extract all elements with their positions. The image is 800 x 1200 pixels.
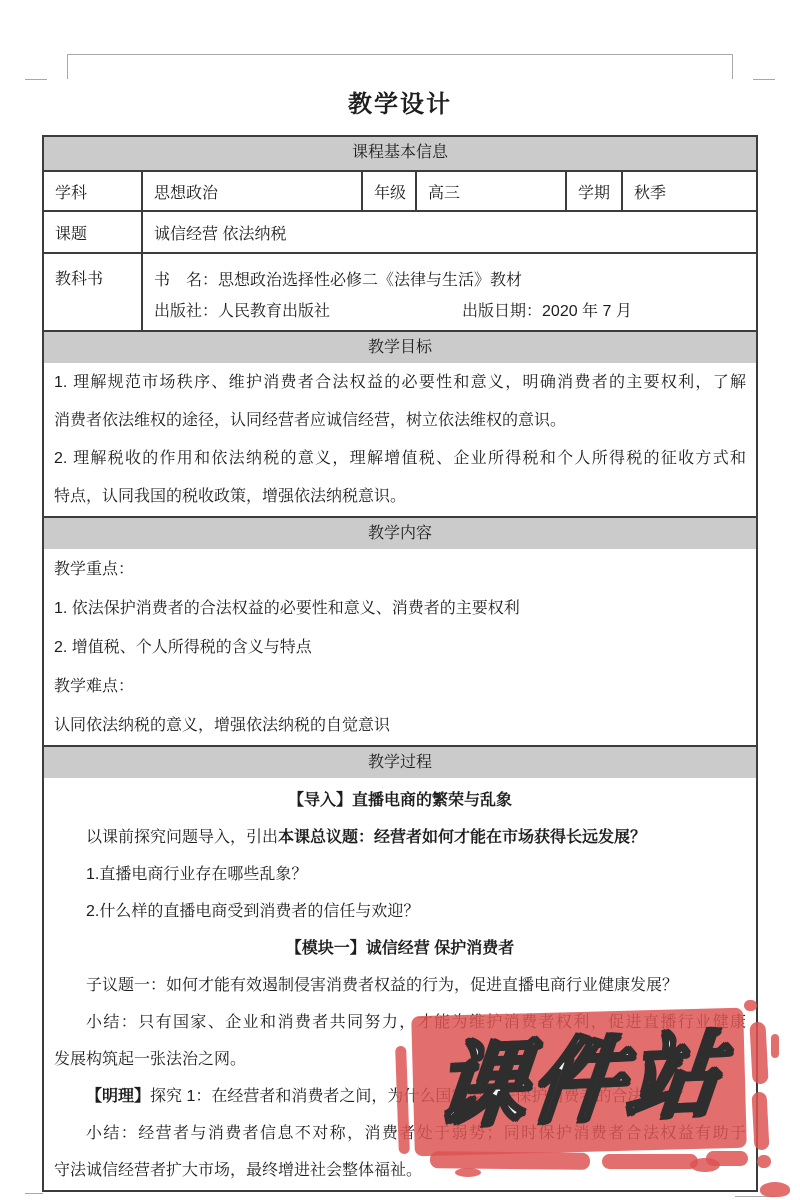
page-margin-mark-top-right xyxy=(732,54,733,79)
process-line: 发展构筑起一张法治之网。 xyxy=(54,1041,746,1078)
page-margin-tick-right xyxy=(753,79,775,80)
page-margin-tick-left xyxy=(25,79,47,80)
process-line: 小结：只有国家、企业和消费者共同努力，才能为维护消费者权利，促进直播行业健康 xyxy=(54,1004,746,1041)
process-line: 【明理】探究 1：在经营者和消费者之间，为什么国家要立法保护消费者的合法权益？ xyxy=(54,1078,746,1115)
objectives-content: 1. 理解规范市场秩序、维护消费者合法权益的必要性和意义，明确消费者的主要权利，… xyxy=(44,363,756,516)
teach-content-line: 教学难点： xyxy=(54,667,746,706)
teach-content-line: 教学重点： xyxy=(54,550,746,589)
objectives-line: 特点，认同我国的税收政策，增强依法纳税意识。 xyxy=(54,478,746,516)
grade-label: 年级 xyxy=(361,172,415,210)
stamp-rough-edge xyxy=(757,1155,771,1168)
process-line-text: 以课前探究问题导入，引出 xyxy=(86,829,278,846)
page-title: 教学设计 xyxy=(0,84,800,119)
process-line: 2.什么样的直播电商受到消费者的信任与欢迎？ xyxy=(54,893,746,930)
section-header-teach-content: 教学内容 xyxy=(44,516,756,549)
lesson-plan-table: 课程基本信息 学科 思想政治 年级 高三 学期 秋季 课题 诚信经营 依法纳税 … xyxy=(42,135,758,1192)
process-content: 【导入】直播电商的繁荣与乱象 以课前探究问题导入，引出本课总议题：经营者如何才能… xyxy=(44,778,756,1190)
objectives-line: 2. 理解税收的作用和依法纳税的意义，理解增值税、企业所得税和个人所得税的征收方… xyxy=(54,440,746,478)
textbook-pub-date: 出版日期：2020 年 7 月 xyxy=(462,298,632,321)
stamp-rough-edge xyxy=(771,1034,779,1058)
page-margin-tick-bottom-right xyxy=(735,1196,775,1197)
teach-content-line: 1. 依法保护消费者的合法权益的必要性和意义、消费者的主要权利 xyxy=(54,589,746,628)
table-row-topic: 课题 诚信经营 依法纳税 xyxy=(44,210,756,252)
process-heading-module1: 【模块一】诚信经营 保护消费者 xyxy=(54,930,746,967)
document-page: 教学设计 课程基本信息 学科 思想政治 年级 高三 学期 秋季 课题 诚信经营 … xyxy=(0,0,800,1200)
subject-value: 思想政治 xyxy=(141,172,361,210)
process-line: 子议题一：如何才能有效遏制侵害消费者权益的行为，促进直播电商行业健康发展？ xyxy=(54,967,746,1004)
section-header-objectives: 教学目标 xyxy=(44,330,756,363)
table-row-subject-grade-term: 学科 思想政治 年级 高三 学期 秋季 xyxy=(44,170,756,210)
table-row-textbook: 教科书 书 名：思想政治选择性必修二《法律与生活》教材 出版社：人民教育出版社 … xyxy=(44,252,756,330)
objectives-line: 1. 理解规范市场秩序、维护消费者合法权益的必要性和意义，明确消费者的主要权利，… xyxy=(54,364,746,402)
topic-label: 课题 xyxy=(44,212,141,252)
term-value: 秋季 xyxy=(621,172,756,210)
process-line: 1.直播电商行业存在哪些乱象？ xyxy=(54,856,746,893)
section-header-process: 教学过程 xyxy=(44,745,756,778)
process-line: 以课前探究问题导入，引出本课总议题：经营者如何才能在市场获得长远发展？ xyxy=(54,819,746,856)
teach-content-line: 2. 增值税、个人所得税的含义与特点 xyxy=(54,628,746,667)
process-line: 小结：经营者与消费者信息不对称，消费者处于弱势；同时保护消费者合法权益有助于 xyxy=(54,1115,746,1152)
textbook-name-line: 书 名：思想政治选择性必修二《法律与生活》教材 xyxy=(154,267,748,290)
textbook-label: 教科书 xyxy=(44,254,141,330)
section-header-basic-info: 课程基本信息 xyxy=(44,137,756,170)
page-margin-tick-bottom-left xyxy=(25,1193,43,1194)
textbook-publisher-line: 出版社：人民教育出版社 出版日期：2020 年 7 月 xyxy=(154,298,748,321)
process-heading-intro: 【导入】直播电商的繁荣与乱象 xyxy=(54,782,746,819)
process-line-text: 探究 1：在经营者和消费者之间，为什么国家要立法保护消费者的合法权益？ xyxy=(150,1088,691,1105)
subject-label: 学科 xyxy=(44,172,141,210)
page-margin-mark-top xyxy=(67,54,733,55)
teach-content-line: 认同依法纳税的意义，增强依法纳税的自觉意识 xyxy=(54,706,746,745)
process-line: 守法诚信经营者扩大市场，最终增进社会整体福祉。 xyxy=(54,1152,746,1189)
process-line-bold: 【明理】 xyxy=(86,1088,150,1105)
grade-value: 高三 xyxy=(415,172,565,210)
teach-content: 教学重点： 1. 依法保护消费者的合法权益的必要性和意义、消费者的主要权利 2.… xyxy=(44,549,756,745)
process-line-bold: 本课总议题：经营者如何才能在市场获得长远发展？ xyxy=(278,829,646,846)
term-label: 学期 xyxy=(565,172,621,210)
page-margin-mark-top-left xyxy=(67,54,68,79)
objectives-line: 消费者依法维权的途径，认同经营者应诚信经营，树立依法维权的意识。 xyxy=(54,402,746,440)
textbook-publisher: 出版社：人民教育出版社 xyxy=(154,298,330,321)
stamp-rough-edge xyxy=(760,1182,790,1197)
topic-value: 诚信经营 依法纳税 xyxy=(141,212,756,252)
textbook-value: 书 名：思想政治选择性必修二《法律与生活》教材 出版社：人民教育出版社 出版日期… xyxy=(141,254,756,330)
